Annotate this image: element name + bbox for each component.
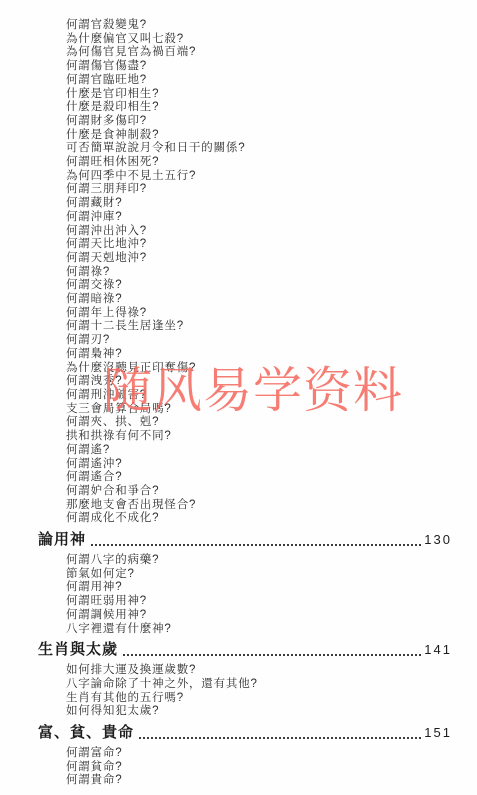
- toc-item: 何謂三朋拜印?: [66, 183, 452, 197]
- toc-section: 富、貧、貴命 151 何謂富命? 何謂貧命? 何謂貴命?: [0, 723, 452, 788]
- toc-item: 何謂調候用神?: [66, 609, 452, 623]
- section-heading-row: 富、貧、貴命 151: [38, 723, 452, 743]
- toc-item: 何謂十二長生居逢坐?: [66, 320, 452, 334]
- section-page-number: 141: [424, 640, 452, 660]
- toc-item: 可否簡單說說月令和日干的關係?: [66, 142, 452, 156]
- toc-item: 何謂刃?: [66, 334, 452, 348]
- toc-item: 何謂藏財?: [66, 197, 452, 211]
- section-items: 何謂八字的病藥? 節氣如何定? 何謂用神? 何謂旺弱用神? 何謂調候用神? 八字…: [0, 554, 452, 636]
- toc-item: 為什麼偏官又叫七殺?: [66, 33, 452, 47]
- toc-item: 如何排大運及換運歲數?: [66, 664, 452, 678]
- toc-item: 何謂天剋地沖?: [66, 252, 452, 266]
- toc-item: 何謂八字的病藥?: [66, 554, 452, 568]
- toc-item: 何謂妒合和爭合?: [66, 485, 452, 499]
- toc-item: 支三會局算合局嗎?: [66, 403, 452, 417]
- toc-item: 何謂天比地沖?: [66, 238, 452, 252]
- toc-item: 什麼是官印相生?: [66, 88, 452, 102]
- section-items: 如何排大運及換運歲數? 八字論命除了十神之外，還有其他? 生肖有其他的五行嗎? …: [0, 664, 452, 719]
- section-title: 富、貧、貴命: [38, 723, 134, 743]
- toc-section: 何謂官殺變鬼? 為什麼偏官又叫七殺? 為何傷官見官為禍百端? 何謂傷官傷盡? 何…: [0, 19, 452, 526]
- toc-item: 節氣如何定?: [66, 568, 452, 582]
- section-title: 論用神: [38, 530, 86, 550]
- toc-item: 何謂官臨旺地?: [66, 74, 452, 88]
- toc-item: 何謂沖出沖入?: [66, 225, 452, 239]
- section-page-number: 130: [424, 530, 452, 550]
- toc-page: 何謂官殺變鬼? 為什麼偏官又叫七殺? 為何傷官見官為禍百端? 何謂傷官傷盡? 何…: [0, 0, 477, 795]
- toc-item: 為何四季中不見土五行?: [66, 170, 452, 184]
- toc-item: 何謂刑沖破害?: [66, 389, 452, 403]
- toc-item: 什麼是食神制殺?: [66, 129, 452, 143]
- toc-item: 什麼是殺印相生?: [66, 101, 452, 115]
- toc-item: 如何得知犯太歲?: [66, 705, 452, 719]
- toc-content: 何謂官殺變鬼? 為什麼偏官又叫七殺? 為何傷官見官為禍百端? 何謂傷官傷盡? 何…: [0, 0, 477, 788]
- toc-item: 拱和拱祿有何不同?: [66, 430, 452, 444]
- toc-item: 何謂財多傷印?: [66, 115, 452, 129]
- section-heading-row: 論用神 130: [38, 530, 452, 550]
- toc-item: 何謂傷官傷盡?: [66, 60, 452, 74]
- toc-item: 何謂成化不成化?: [66, 512, 452, 526]
- toc-item: 何謂旺相休困死?: [66, 156, 452, 170]
- toc-item: 何謂遙?: [66, 444, 452, 458]
- toc-item: 何謂用神?: [66, 581, 452, 595]
- dotted-leader: [139, 737, 421, 739]
- toc-item: 何謂祿?: [66, 266, 452, 280]
- toc-item: 何謂交祿?: [66, 279, 452, 293]
- toc-item: 何謂富命?: [66, 747, 452, 761]
- section-items: 何謂富命? 何謂貧命? 何謂貴命?: [0, 747, 452, 788]
- toc-item: 八字論命除了十神之外，還有其他?: [66, 678, 452, 692]
- toc-item: 何謂夾、拱、剋?: [66, 416, 452, 430]
- toc-item: 為什麼沒聽見正印奪傷?: [66, 362, 452, 376]
- toc-item: 為何傷官見官為禍百端?: [66, 46, 452, 60]
- dotted-leader: [123, 654, 421, 656]
- toc-item: 何謂遙合?: [66, 471, 452, 485]
- toc-section: 論用神 130 何謂八字的病藥? 節氣如何定? 何謂用神? 何謂旺弱用神? 何謂…: [0, 530, 452, 636]
- section-items: 何謂官殺變鬼? 為什麼偏官又叫七殺? 為何傷官見官為禍百端? 何謂傷官傷盡? 何…: [0, 19, 452, 526]
- toc-item: 何謂貴命?: [66, 774, 452, 788]
- toc-item: 八字裡還有什麼神?: [66, 623, 452, 637]
- toc-item: 何謂洩秀?: [66, 375, 452, 389]
- toc-item: 何謂貧命?: [66, 761, 452, 775]
- toc-item: 那麼地支會否出現怪合?: [66, 499, 452, 513]
- toc-item: 何謂沖庫?: [66, 211, 452, 225]
- dotted-leader: [91, 544, 421, 546]
- toc-item: 何謂官殺變鬼?: [66, 19, 452, 33]
- toc-item: 何謂年上得祿?: [66, 307, 452, 321]
- toc-item: 何謂遙沖?: [66, 458, 452, 472]
- section-title: 生肖與太歲: [38, 640, 118, 660]
- toc-item: 何謂梟神?: [66, 348, 452, 362]
- toc-section: 生肖與太歲 141 如何排大運及換運歲數? 八字論命除了十神之外，還有其他? 生…: [0, 640, 452, 719]
- section-heading-row: 生肖與太歲 141: [38, 640, 452, 660]
- toc-item: 何謂旺弱用神?: [66, 595, 452, 609]
- toc-item: 何謂暗祿?: [66, 293, 452, 307]
- section-page-number: 151: [424, 723, 452, 743]
- toc-item: 生肖有其他的五行嗎?: [66, 692, 452, 706]
